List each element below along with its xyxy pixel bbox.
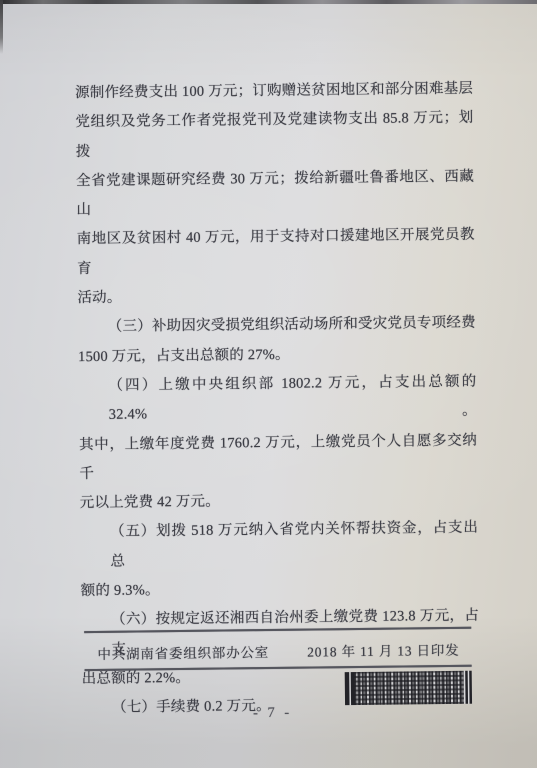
issuing-office: 中共湖南省委组织部办公室: [97, 641, 269, 663]
text-line: 额的 9.3%。: [81, 573, 479, 607]
text-line: 1500 万元，占支出总额的 27%。: [78, 338, 476, 372]
barcode-data-pattern: [355, 671, 464, 705]
footer-row: 中共湖南省委组织部办公室 2018 年 11 月 13 日印发: [97, 639, 459, 663]
barcode-start-bars: [345, 672, 355, 705]
barcode: [345, 671, 472, 705]
text-line: 全省党建课题研究经费 30 万元；拨给新疆吐鲁番地区、西藏山: [76, 163, 475, 226]
photo-frame: 源制作经费支出 100 万元；订购赠送贫困地区和部分困难基层党组织及党务工作者党…: [0, 0, 537, 768]
text-line: 南地区及贫困村 40 万元，用于支持对口援建地区开展党员教育: [77, 221, 476, 284]
paper-left-edge: [0, 0, 3, 54]
text-line: 其中，上缴年度党费 1760.2 万元，上缴党员个人自愿多交纳千: [79, 426, 478, 489]
text-line: 元以上党费 42 万元。: [80, 485, 478, 519]
text-line: 源制作经费支出 100 万元；订购赠送贫困地区和部分困难基层: [75, 75, 473, 109]
text-line: （四）上缴中央组织部 1802.2 万元，占支出总额的 32.4%。: [78, 368, 477, 431]
barcode-end-bars: [464, 671, 472, 704]
print-date: 2018 年 11 月 13 日印发: [307, 639, 459, 661]
text-line: （五）划拨 518 万元纳入省党内关怀帮扶资金，占支出总: [80, 514, 479, 577]
document-page: 源制作经费支出 100 万元；订购赠送贫困地区和部分困难基层党组织及党务工作者党…: [0, 4, 537, 768]
text-line: 党组织及党务工作者党报党刊及党建读物支出 85.8 万元；划拨: [75, 104, 474, 167]
text-line: 活动。: [77, 280, 475, 314]
text-line: （三）补助因灾受损党组织活动场所和受灾党员专项经费: [78, 309, 476, 343]
printed-content: 源制作经费支出 100 万元；订购赠送贫困地区和部分困难基层党组织及党务工作者党…: [0, 1, 537, 768]
